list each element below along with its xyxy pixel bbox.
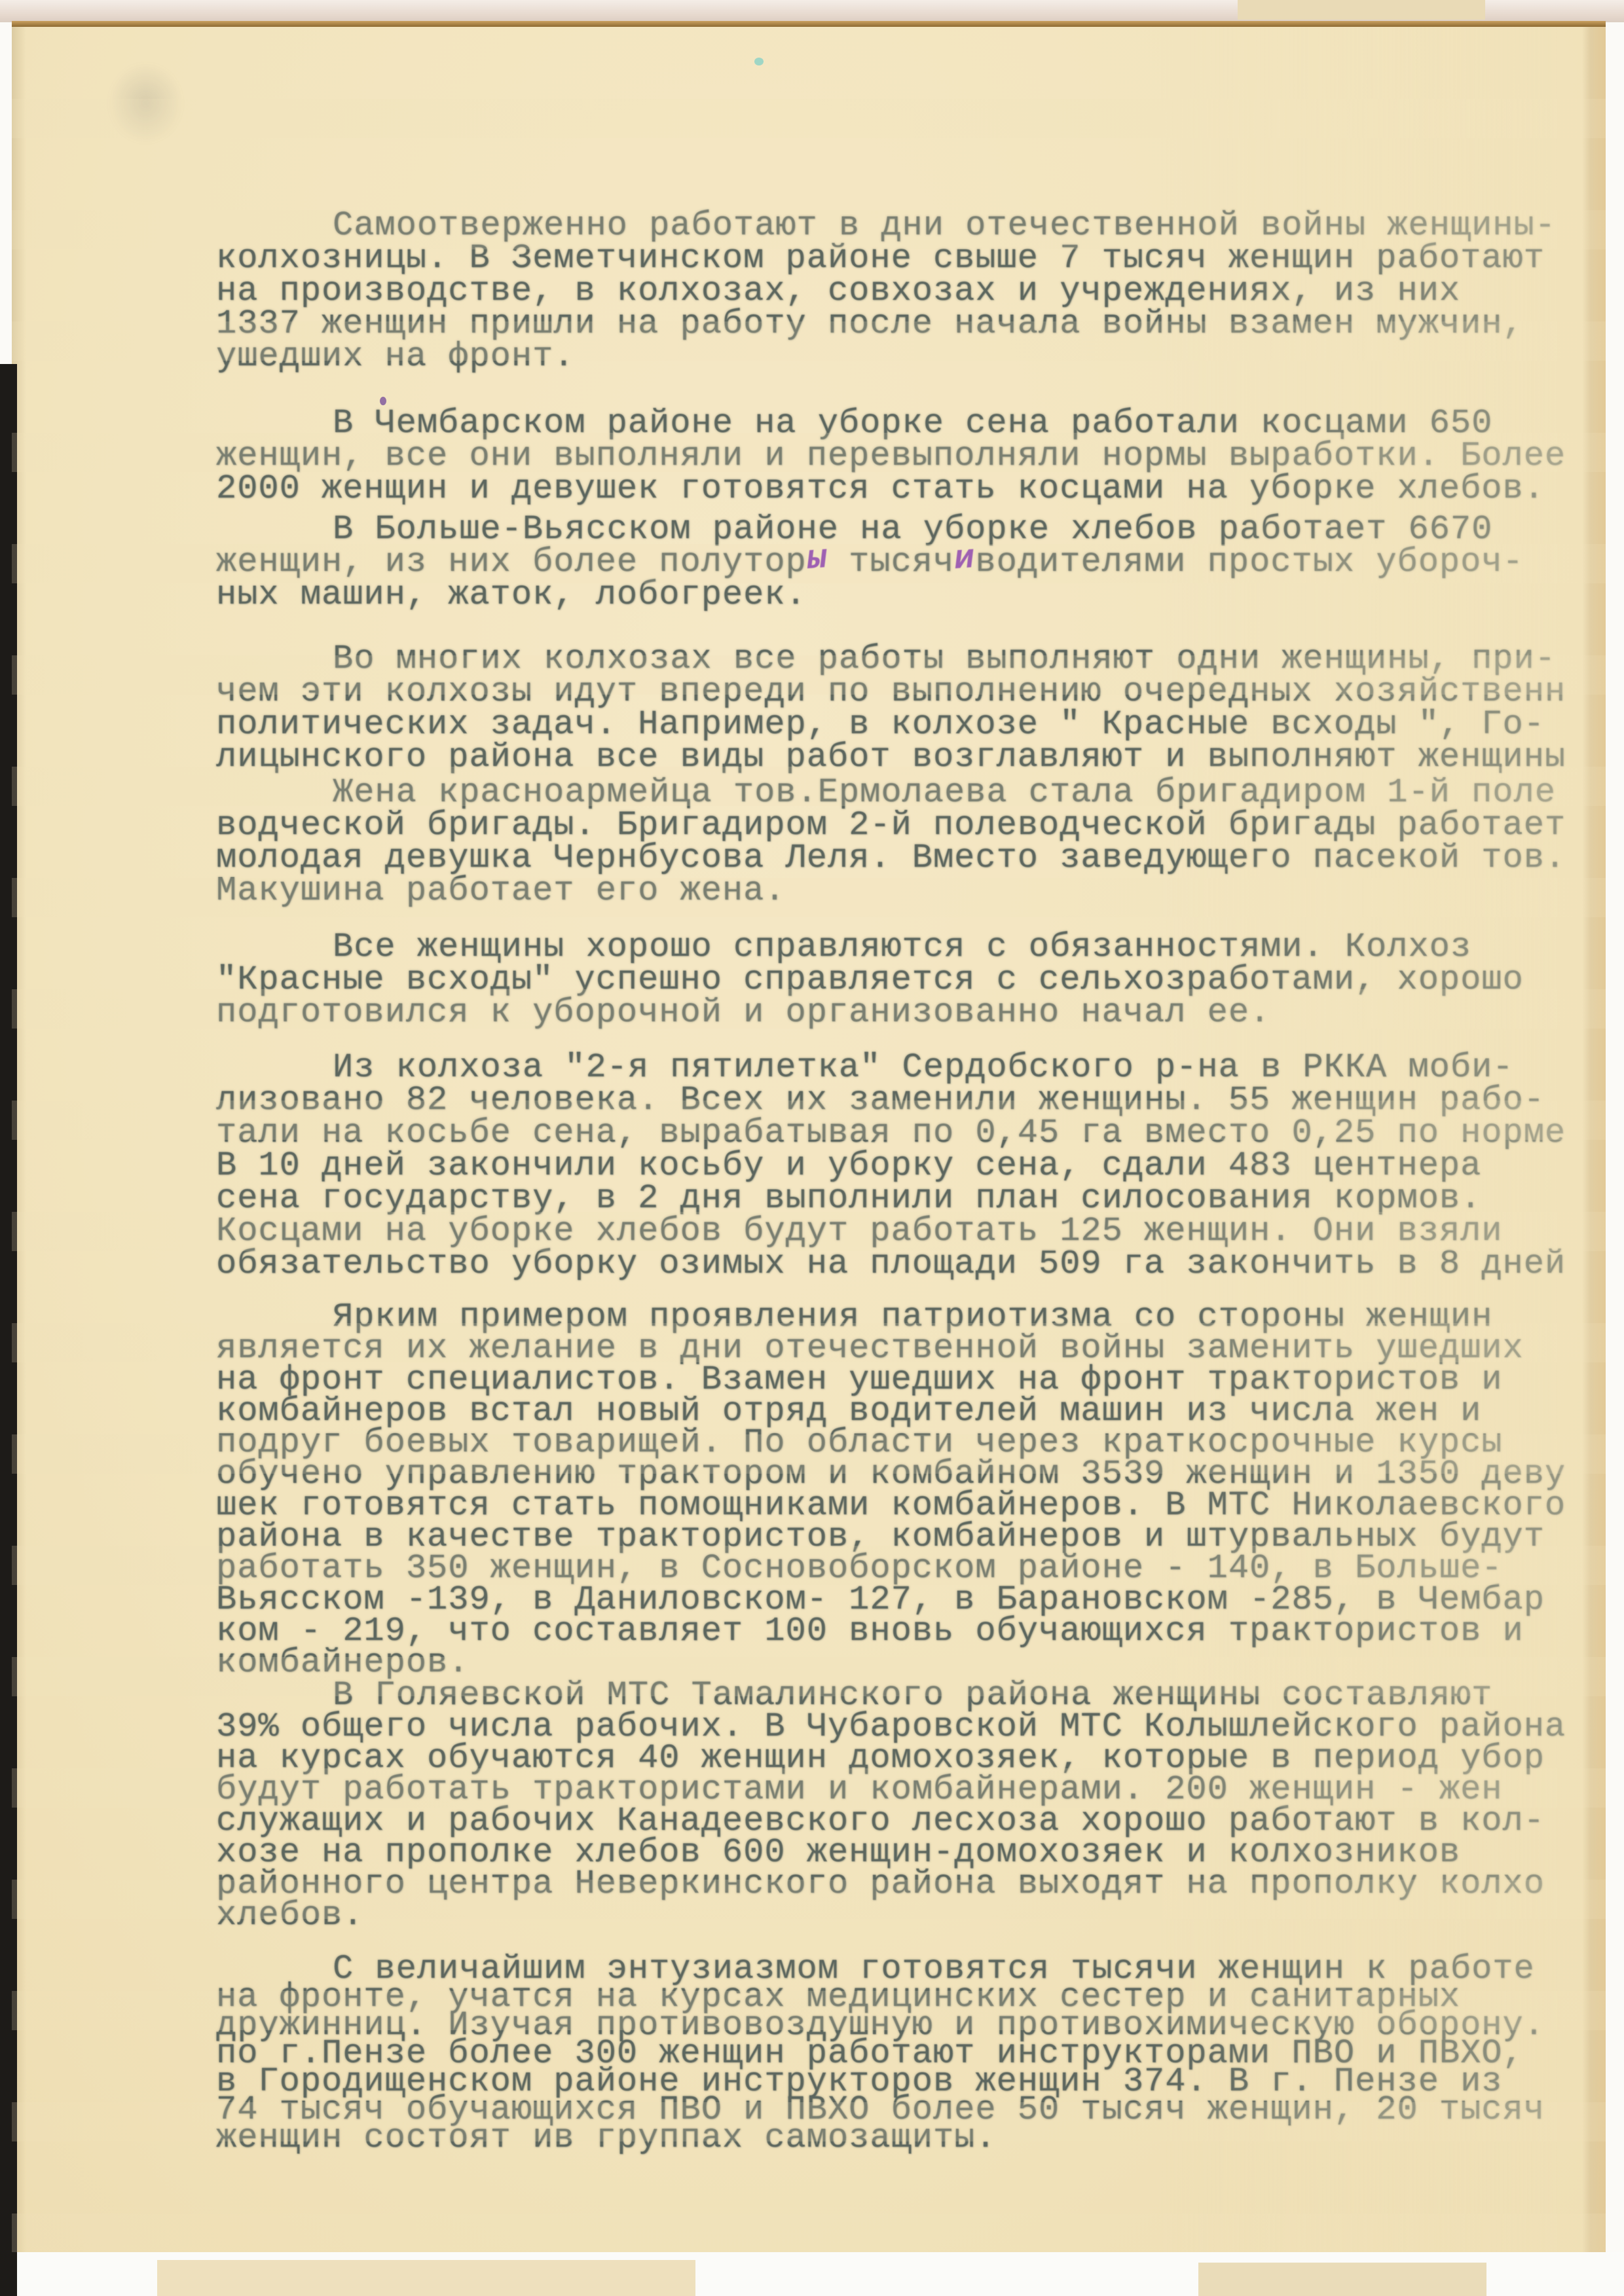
text-line: хозе на прополке хлебов 600 женщин-домох…	[216, 1837, 1611, 1868]
text-line: молодая девушка Чернбусова Леля. Вместо …	[216, 842, 1611, 875]
text-line: политических задач. Например, в колхозе …	[216, 708, 1611, 741]
paragraph: Самоотверженно работают в дни отечествен…	[216, 210, 1611, 373]
text-line: подготовился к уборочной и организованно…	[216, 996, 1611, 1029]
text-line: колхозницы. В Земетчинском районе свыше …	[216, 242, 1611, 275]
text-line: 1337 женщин пришли на работу после начал…	[216, 308, 1611, 340]
pencil-smudge	[108, 62, 183, 144]
text-line: Во многих колхозах все работы выполняют …	[216, 643, 1611, 676]
text-line: на производстве, в колхозах, совхозах и …	[216, 275, 1611, 308]
text-line: является их желание в дни отечественной …	[216, 1333, 1611, 1364]
text-line: комбайнеров.	[216, 1647, 1611, 1679]
paragraph: В Чембарском районе на уборке сена работ…	[216, 407, 1611, 505]
handwritten-correction: и	[953, 542, 976, 576]
text-line: "Красные всходы" успешно справляется с с…	[216, 964, 1611, 996]
text-line: В Чембарском районе на уборке сена работ…	[216, 407, 1611, 440]
text-line: Самоотверженно работают в дни отечествен…	[216, 210, 1611, 242]
paragraph: С величайшим энтузиазмом готовятся тысяч…	[216, 1955, 1611, 2152]
handwritten-correction: ы	[805, 542, 829, 576]
text-line: на фронт специалистов. Взамен ушедших на…	[216, 1364, 1611, 1396]
text-line: Из колхоза "2-я пятилетка" Сердобского р…	[216, 1051, 1611, 1084]
text-line: работать 350 женщин, в Сосновоборском ра…	[216, 1553, 1611, 1584]
text-line: обязательство уборку озимых на площади 5…	[216, 1248, 1611, 1281]
text-line: В Голяевской МТС Тамалинского района жен…	[216, 1680, 1611, 1711]
text-line: женщин, из них более полуторы тысячиводи…	[216, 546, 1611, 579]
paragraph: Из колхоза "2-я пятилетка" Сердобского р…	[216, 1051, 1611, 1281]
text-line: хлебов.	[216, 1900, 1611, 1931]
text-line: Все женщины хорошо справляются с обязанн…	[216, 931, 1611, 964]
text-line: районного центра Неверкинского района вы…	[216, 1868, 1611, 1900]
text-line: тали на косьбе сена, вырабатывая по 0,45…	[216, 1117, 1611, 1150]
paragraph: Во многих колхозах все работы выполняют …	[216, 643, 1611, 774]
text-line: Жена красноармейца тов.Ермолаева стала б…	[216, 776, 1611, 809]
text-line: обучено управлению трактором и комбайном…	[216, 1459, 1611, 1490]
text-line: сена государству, в 2 дня выполнили план…	[216, 1182, 1611, 1215]
paragraph: Жена красноармейца тов.Ермолаева стала б…	[216, 776, 1611, 907]
text-line: В 10 дней закончили косьбу и уборку сена…	[216, 1150, 1611, 1182]
typed-segment: тысяч	[828, 543, 954, 581]
paragraph: В Голяевской МТС Тамалинского района жен…	[216, 1680, 1611, 1931]
text-line: 2000 женщин и девушек готовятся стать ко…	[216, 473, 1611, 505]
text-line: на курсах обучаются 40 женщин домохозяек…	[216, 1743, 1611, 1774]
text-line: Вьясском -139, в Даниловском- 127, в Бар…	[216, 1584, 1611, 1616]
paragraph: Ярким примером проявления патриотизма со…	[216, 1302, 1611, 1679]
text-line: Косцами на уборке хлебов будут работать …	[216, 1215, 1611, 1248]
text-line: ушедших на фронт.	[216, 340, 1611, 373]
text-line: чем эти колхозы идут впереди по выполнен…	[216, 676, 1611, 708]
text-line: женщин, все они выполняли и перевыполнял…	[216, 440, 1611, 473]
scanner-edge-left-strip	[0, 364, 17, 2296]
adjacent-page-edge-top	[1238, 0, 1485, 20]
text-line: будут работать трактористами и комбайнер…	[216, 1774, 1611, 1806]
adjacent-page-edge-bottom-left	[157, 2260, 695, 2296]
text-line: Макушина работает его жена.	[216, 875, 1611, 907]
text-line: комбайнеров встал новый отряд водителей …	[216, 1396, 1611, 1427]
page-top-edge-line	[12, 21, 1606, 27]
text-line: шек готовятся стать помощниками комбайне…	[216, 1490, 1611, 1522]
text-line: ком - 219, что составляет 100 вновь обуч…	[216, 1616, 1611, 1647]
text-line: служащих и рабочих Канадеевского лесхоза…	[216, 1806, 1611, 1837]
text-line: водческой бригады. Бригадиром 2-й полево…	[216, 809, 1611, 842]
text-line: Ярким примером проявления патриотизма со…	[216, 1302, 1611, 1333]
text-line: лицынского района все виды работ возглав…	[216, 741, 1611, 774]
adjacent-page-edge-bottom-right	[1198, 2263, 1486, 2296]
paragraph: Все женщины хорошо справляются с обязанн…	[216, 931, 1611, 1029]
text-line: В Больше-Вьясском районе на уборке хлебо…	[216, 513, 1611, 546]
paragraph: В Больше-Вьясском районе на уборке хлебо…	[216, 513, 1611, 611]
text-line: района в качестве трактористов, комбайне…	[216, 1522, 1611, 1553]
scanned-document-page: Самоотверженно работают в дни отечествен…	[0, 0, 1624, 2296]
text-line: подруг боевых товарищей. По области чере…	[216, 1427, 1611, 1459]
typed-segment: водителями простых убороч-	[975, 543, 1523, 581]
text-line: 39% общего числа рабочих. В Чубаровской …	[216, 1711, 1611, 1743]
text-line: ных машин, жаток, лобогреек.	[216, 579, 1611, 611]
cyan-ink-speck	[754, 58, 764, 65]
text-line: лизовано 82 человека. Всех их заменили ж…	[216, 1084, 1611, 1117]
